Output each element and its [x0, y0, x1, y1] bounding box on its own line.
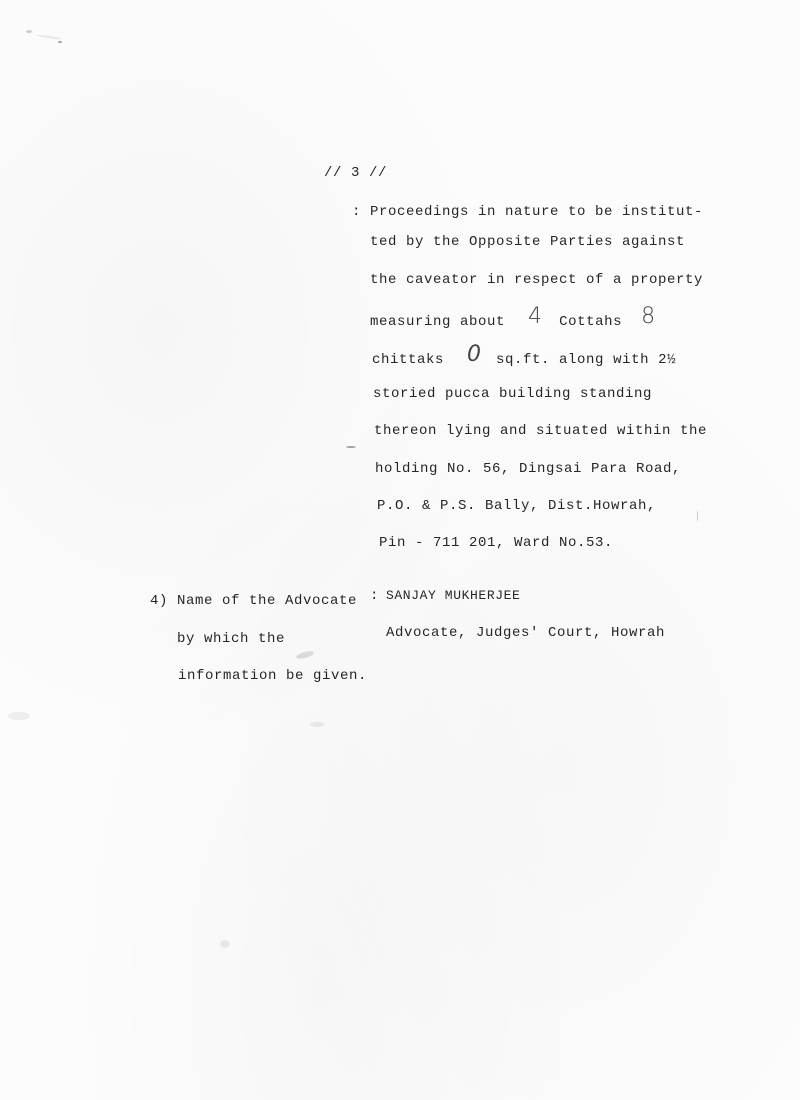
measure-line: measuring about 4 Cottahs 8 [370, 310, 655, 331]
item3-line: thereon lying and situated within the [374, 422, 707, 440]
scan-mark [26, 30, 32, 33]
scan-mark [220, 940, 230, 948]
chittaks-prefix: chittaks [372, 352, 444, 368]
item3-line: holding No. 56, Dingsai Para Road, [375, 460, 681, 478]
item3-line: Proceedings in nature to be institut- [370, 203, 703, 221]
item4-label: 4) Name of the Advocate [150, 592, 357, 610]
chittaks-suffix: sq.ft. along with 2½ [496, 352, 676, 368]
item3-line: ted by the Opposite Parties against [370, 233, 685, 251]
advocate-name: SANJAY MUKHERJEE [386, 587, 520, 605]
scan-mark [8, 712, 30, 720]
item3-line: storied pucca building standing [373, 385, 652, 403]
item3-colon: : [352, 203, 361, 221]
scanned-page: // 3 // : Proceedings in nature to be in… [0, 0, 800, 1100]
scan-mark [310, 722, 324, 727]
item3-line: the caveator in respect of a property [370, 271, 703, 289]
item4-colon: : [370, 587, 379, 605]
measure-prefix: measuring about [370, 314, 505, 330]
scan-mark [36, 34, 62, 40]
scan-speck [697, 510, 698, 522]
page-number-marker: // 3 // [324, 164, 387, 182]
scan-mark [296, 650, 315, 660]
scan-speck [58, 41, 62, 43]
handwritten-chittaks-value: 8 [641, 308, 655, 326]
scan-speck [346, 446, 356, 448]
handwritten-cottahs-value: 4 [528, 308, 542, 326]
cottahs-label: Cottahs [559, 314, 622, 330]
item3-line: Pin - 711 201, Ward No.53. [379, 534, 613, 552]
advocate-court: Advocate, Judges' Court, Howrah [386, 624, 665, 642]
handwritten-sqft-value: 0 [467, 346, 481, 364]
chittaks-line: chittaks 0 sq.ft. along with 2½ [372, 348, 676, 369]
item4-label: by which the [177, 630, 285, 648]
item4-label: information be given. [178, 667, 367, 685]
item3-line: P.O. & P.S. Bally, Dist.Howrah, [377, 497, 656, 515]
